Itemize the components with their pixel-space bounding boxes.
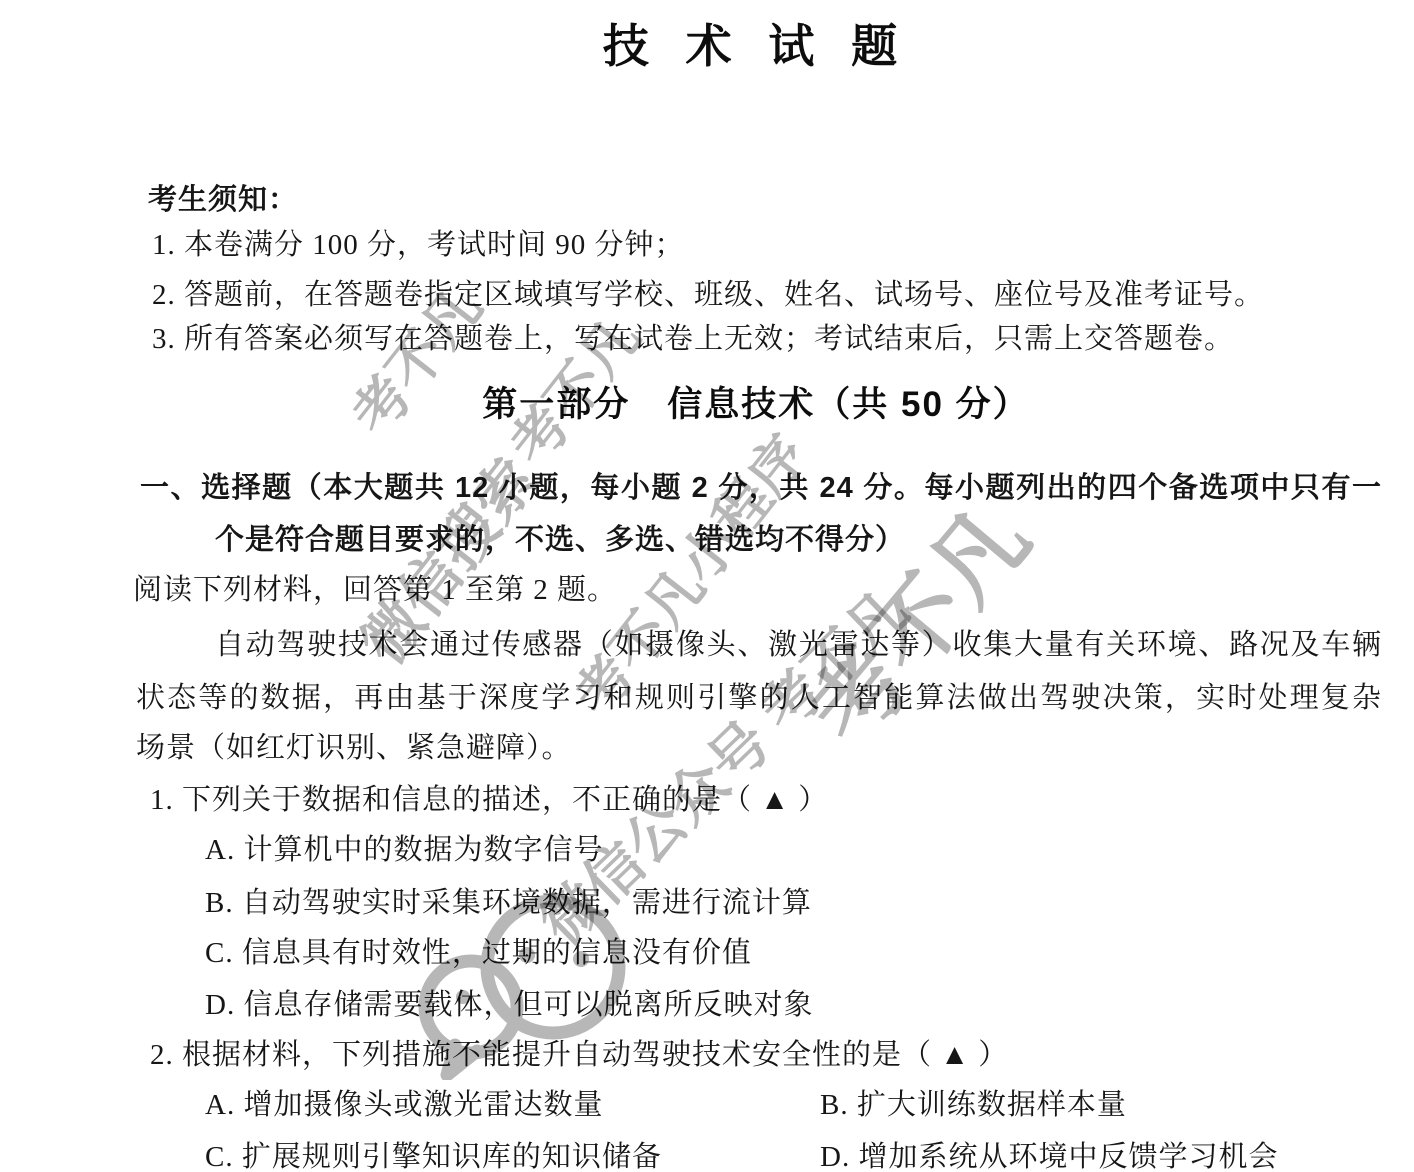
material-line-1: 自动驾驶技术会通过传感器（如摄像头、激光雷达等）收集大量有关环境、路况及车辆 — [215, 628, 1382, 662]
choice-intro-line-1: 一、选择题（本大题共 12 小题，每小题 2 分，共 24 分。每小题列出的四个… — [140, 471, 1382, 505]
question-2-option-d: D. 增加系统从环境中反馈学习机会 — [820, 1140, 1278, 1172]
section-header: 第一部分 信息技术（共 50 分） — [130, 383, 1382, 427]
choice-intro-line-2: 个是符合题目要求的，不选、多选、错选均不得分） — [215, 523, 905, 557]
question-1-option-d: D. 信息存储需要载体，但可以脱离所反映对象 — [205, 988, 813, 1022]
exam-page: 技 术 试 题 考生须知： 1. 本卷满分 100 分，考试时间 90 分钟； … — [0, 0, 1414, 1172]
notice-item-1: 1. 本卷满分 100 分，考试时间 90 分钟； — [152, 228, 685, 262]
notice-heading: 考生须知： — [148, 183, 298, 217]
question-1-stem: 1. 下列关于数据和信息的描述，不正确的是（ ▲ ） — [150, 783, 828, 817]
notice-item-3: 3. 所有答案必须写在答题卷上，写在试卷上无效；考试结束后，只需上交答题卷。 — [152, 322, 1234, 356]
question-2-option-b: B. 扩大训练数据样本量 — [820, 1088, 1127, 1122]
question-2-stem: 2. 根据材料，下列措施不能提升自动驾驶技术安全性的是（ ▲ ） — [150, 1038, 1008, 1072]
question-1-option-a: A. 计算机中的数据为数字信号 — [205, 833, 603, 867]
material-line-3: 场景（如红灯识别、紧急避障）。 — [136, 731, 572, 765]
material-line-2: 状态等的数据，再由基于深度学习和规则引擎的人工智能算法做出驾驶决策，实时处理复杂 — [136, 681, 1382, 715]
question-1-option-c: C. 信息具有时效性，过期的信息没有价值 — [205, 936, 752, 970]
watermark-text-5: 考不凡 — [774, 472, 1053, 768]
question-1-option-b: B. 自动驾驶实时采集环境数据，需进行流计算 — [205, 886, 812, 920]
question-2-option-c: C. 扩展规则引擎知识库的知识储备 — [205, 1140, 662, 1172]
notice-item-2: 2. 答题前，在答题卷指定区域填写学校、班级、姓名、试场号、座位号及准考证号。 — [152, 278, 1264, 312]
question-2-option-a: A. 增加摄像头或激光雷达数量 — [205, 1088, 603, 1122]
exam-title: 技 术 试 题 — [130, 16, 1382, 76]
reading-hint: 阅读下列材料，回答第 1 至第 2 题。 — [133, 573, 617, 607]
